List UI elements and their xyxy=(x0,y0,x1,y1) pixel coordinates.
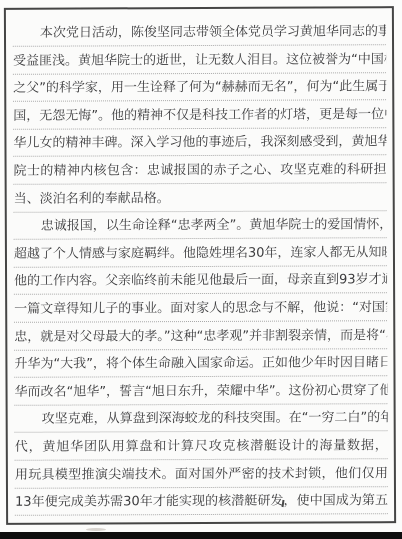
notebook-page: 本次党日活动，陈俊坚同志带领全体党员学习黄旭华同志的事迹，令我 受益匪浅。黄旭华… xyxy=(4,6,396,525)
handwriting-line: 受益匪浅。黄旭华院士的逝世，让无数人泪目。这位被誉为“中国核潜艇 xyxy=(13,45,386,74)
handwriting-line: 之父”的科学家，用一生诠释了何为“赫赫而无名”，何为“此生属于祖 xyxy=(13,72,386,101)
handwritten-essay: 本次党日活动，陈俊坚同志带领全体党员学习黄旭华同志的事迹，令我 受益匪浅。黄旭华… xyxy=(13,17,388,519)
handwriting-line: 超越了个人情感与家庭羁绊。他隐姓埋名30年，连家人都无从知晓 xyxy=(14,238,387,267)
handwriting-line: 华而改名“旭华”，誓言“旭日东升，荣耀中华”。这份初心贯穿了他的一生 xyxy=(14,376,387,405)
handwriting-line: 华儿女的精神丰碑。深入学习他的事迹后，我深刻感受到，黄旭华 xyxy=(13,128,386,157)
handwriting-line: 国，无怨无悔”。他的精神不仅是科技工作者的灯塔，更是每一位中 xyxy=(13,100,386,129)
handwriting-line: 代，黄旭华团队用算盘和计算尺攻克核潜艇设计的海量数据， xyxy=(15,431,388,460)
handwriting-line: 院士的精神内核包含：忠诚报国的赤子之心、攻坚克难的科研担 xyxy=(13,155,386,184)
handwriting-line: 攻坚克难，从算盘到深海蛟龙的科技突围。在“一穷二白”的年 xyxy=(14,403,387,432)
handwriting-line: 升华为“大我”，将个体生命融入国家命运。正如他少年时因目睹日军侵 xyxy=(14,348,387,377)
handwriting-line: 忠诚报国，以生命诠释“忠孝两全”。黄旭华院士的爱国情怀， xyxy=(14,210,387,239)
handwriting-line: 13年便完成美苏需30年才能实现的核潜艇研发，使中国成为第五 xyxy=(15,486,388,515)
handwriting-line: 用玩具模型推演尖端技术。面对国外严密的技术封锁，他们仅用 xyxy=(15,459,388,488)
photographed-handwritten-page: 本次党日活动，陈俊坚同志带领全体党员学习黄旭华同志的事迹，令我 受益匪浅。黄旭华… xyxy=(0,0,402,539)
handwriting-line: 本次党日活动，陈俊坚同志带领全体党员学习黄旭华同志的事迹，令我 xyxy=(13,17,386,46)
handwriting-line: 当、淡泊名利的奉献品格。 xyxy=(14,183,387,212)
handwriting-line: 他的工作内容。父亲临终前未能见他最后一面，母亲直到93岁才通过 xyxy=(14,266,387,295)
handwriting-line: 一篇文章得知儿子的事业。面对家人的思念与不解，他说：“对国家的 xyxy=(14,293,387,322)
handwriting-line: 忠，就是对父母最大的孝。”这种“忠孝观”并非割裂亲情，而是将“小我 xyxy=(14,321,387,350)
photo-bottom-edge xyxy=(0,532,402,539)
paper-smudge xyxy=(86,528,106,531)
